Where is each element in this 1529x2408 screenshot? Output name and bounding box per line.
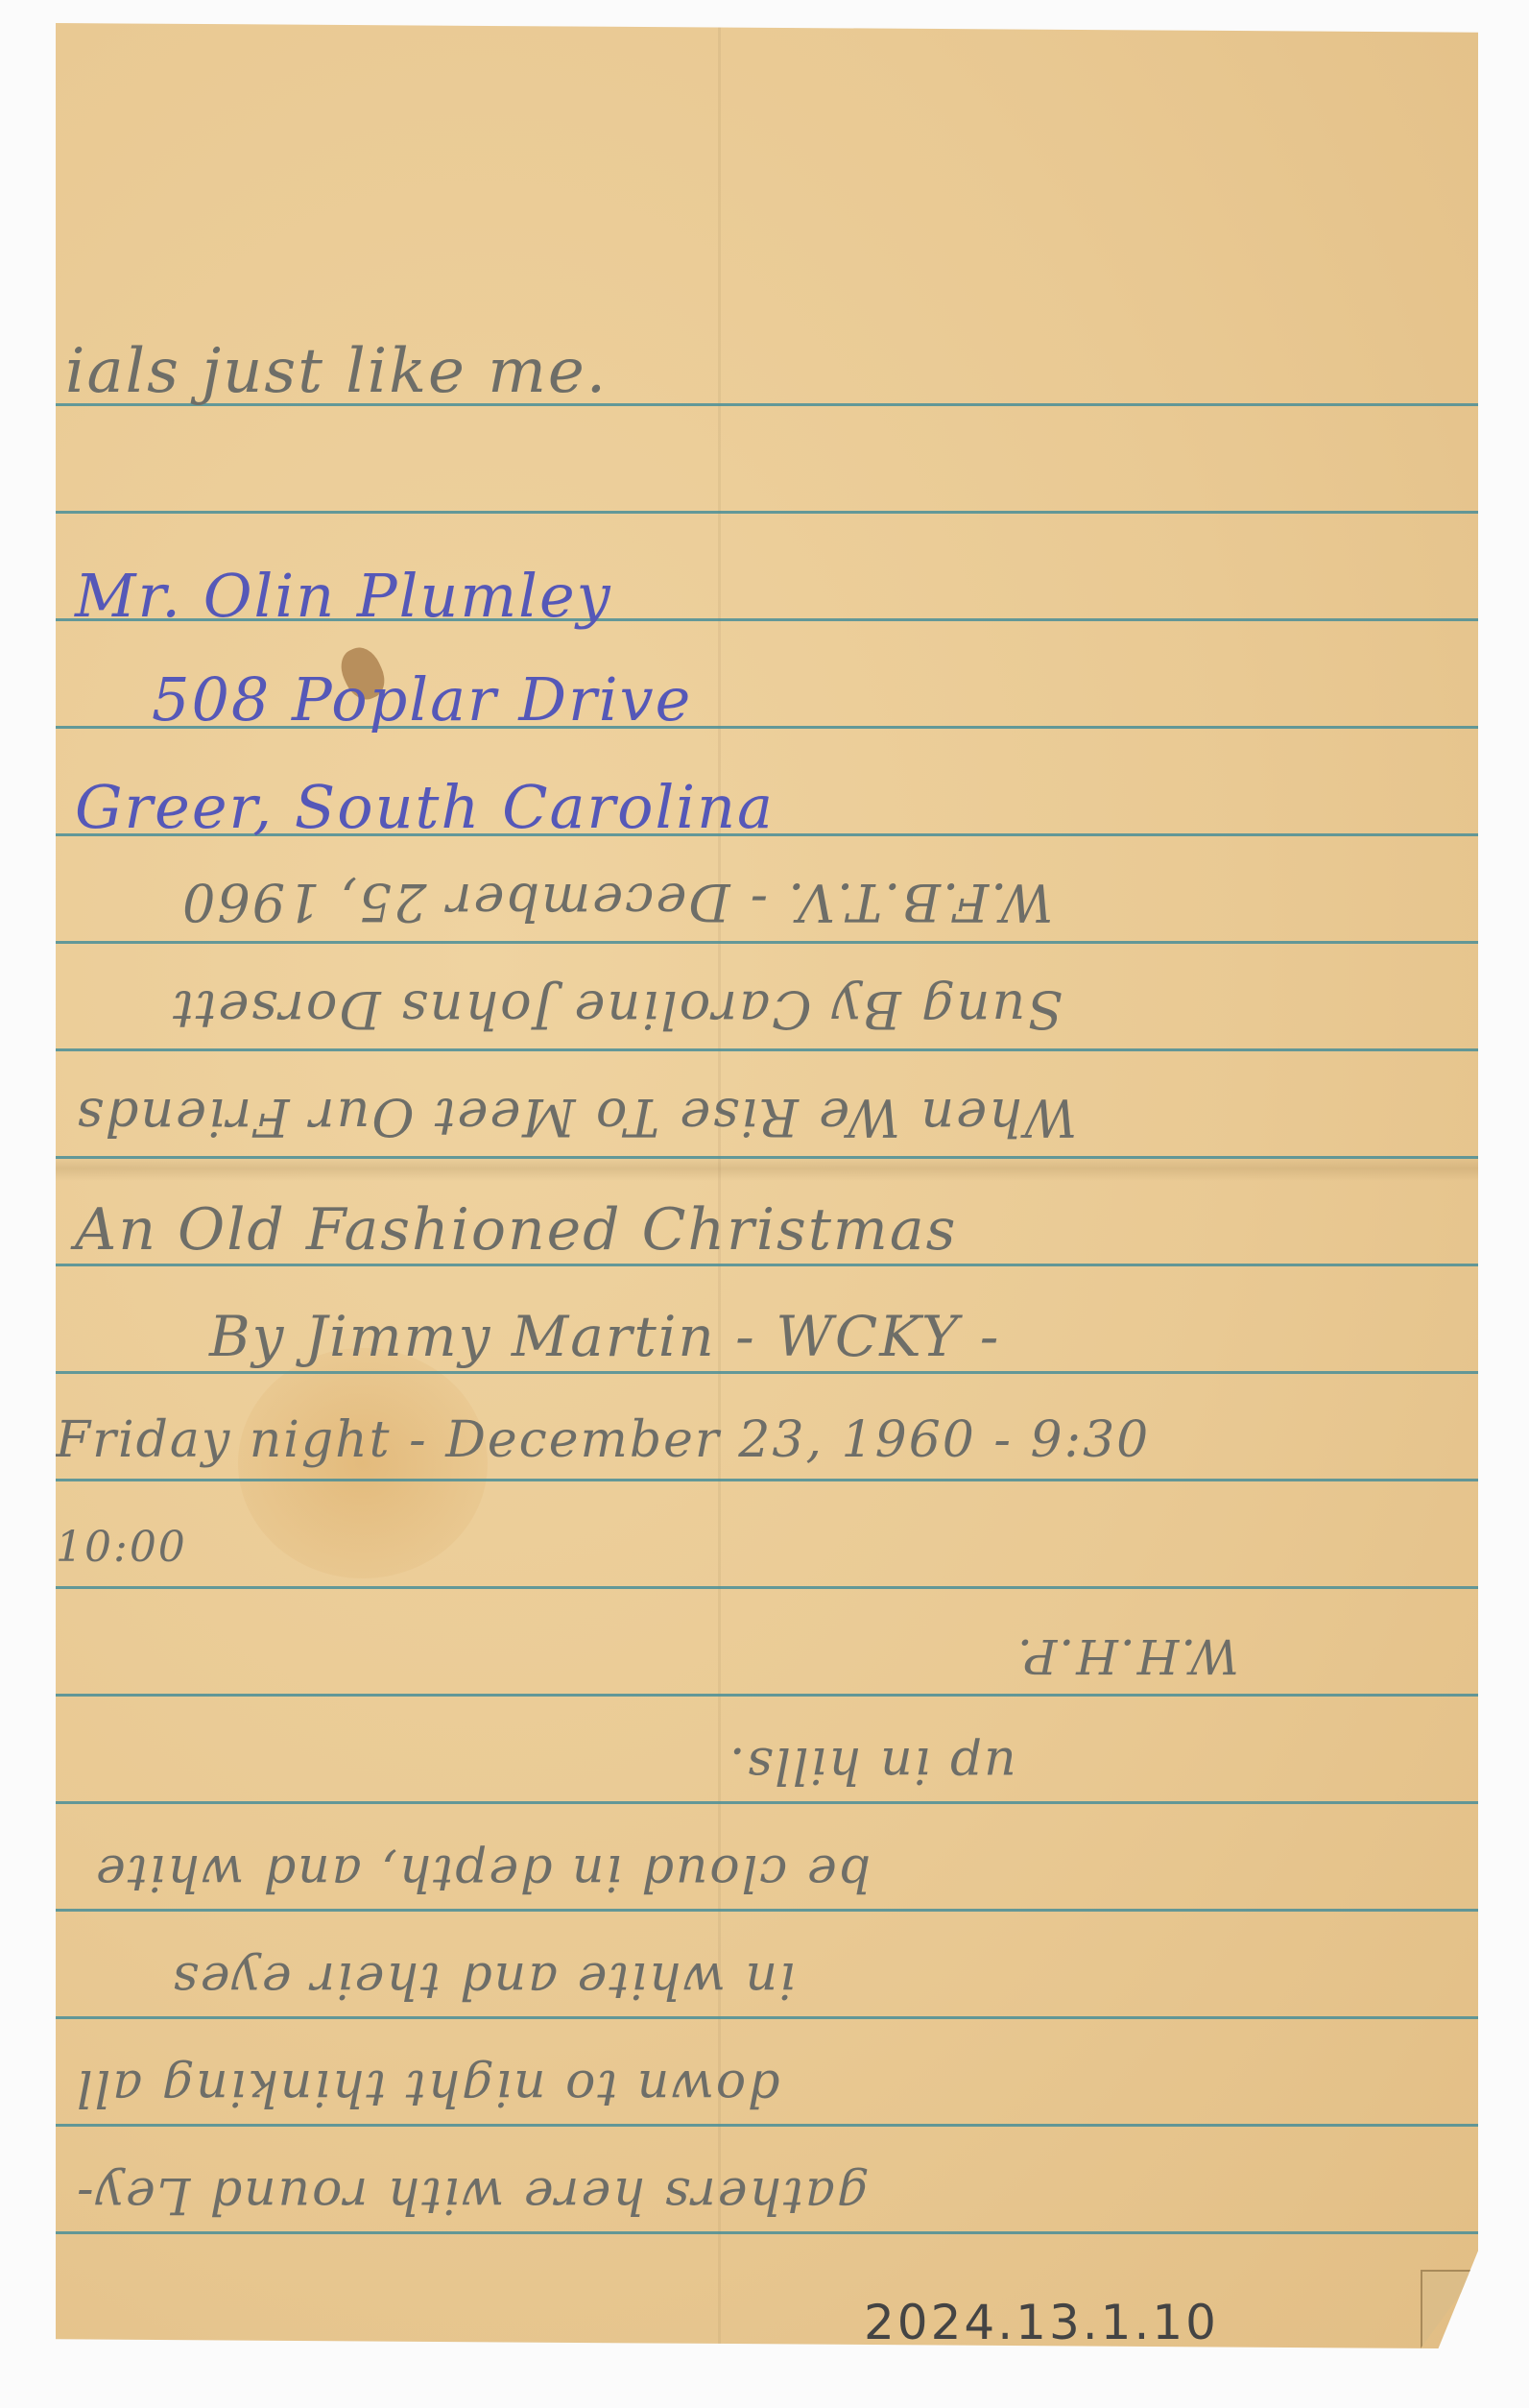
inverted-title-line: When We Rise To Meet Our Friends: [75, 1087, 1077, 1147]
rule-line: [56, 1694, 1478, 1697]
address-city: Greer, South Carolina: [75, 772, 775, 842]
inverted-line-1: up in hills.: [728, 1736, 1016, 1794]
rule-line: [56, 1801, 1478, 1804]
inverted-line-4: down to night thinking all: [75, 2059, 779, 2116]
letter-sheet: ials just like me. Mr. Olin Plumley 508 …: [56, 23, 1478, 2348]
rule-line: [56, 1371, 1478, 1374]
rule-line: [56, 1156, 1478, 1159]
program-time: Friday night - December 23, 1960 - 9:30: [56, 1411, 1150, 1469]
folded-corner: [1421, 2270, 1478, 2348]
inverted-date-line: W.F.B.T.V. - December 25, 1960: [180, 872, 1053, 932]
inverted-line-3: in white and their eyes: [171, 1951, 796, 2009]
inverted-line-5: gathers here with round Ley-: [75, 2166, 869, 2224]
rule-line: [56, 941, 1478, 944]
accession-number: 2024.13.1.10: [864, 2295, 1219, 2350]
rule-line: [56, 1264, 1478, 1266]
program-title: An Old Fashioned Christmas: [75, 1196, 957, 1264]
letter-fragment: ials just like me.: [65, 336, 608, 407]
address-name: Mr. Olin Plumley: [75, 561, 612, 631]
rule-line: [56, 2016, 1478, 2019]
rule-line: [56, 1479, 1478, 1481]
rule-line: [56, 1586, 1478, 1589]
inverted-initials: W.H.H.P.: [1015, 1628, 1239, 1684]
inverted-sung-by-line: Sung By Caroline Johns Dorsett: [171, 979, 1063, 1040]
rule-line: [56, 511, 1478, 514]
inverted-line-2: be cloud in depth, and white: [94, 1843, 871, 1901]
program-end-time: 10:00: [56, 1523, 187, 1572]
rule-line: [56, 1909, 1478, 1912]
program-by: By Jimmy Martin - WCKY -: [209, 1304, 1000, 1369]
rule-line: [56, 2124, 1478, 2127]
rule-line: [56, 1048, 1478, 1051]
rule-line: [56, 2231, 1478, 2234]
horizontal-fold: [56, 1156, 1478, 1181]
address-street: 508 Poplar Drive: [152, 664, 692, 734]
